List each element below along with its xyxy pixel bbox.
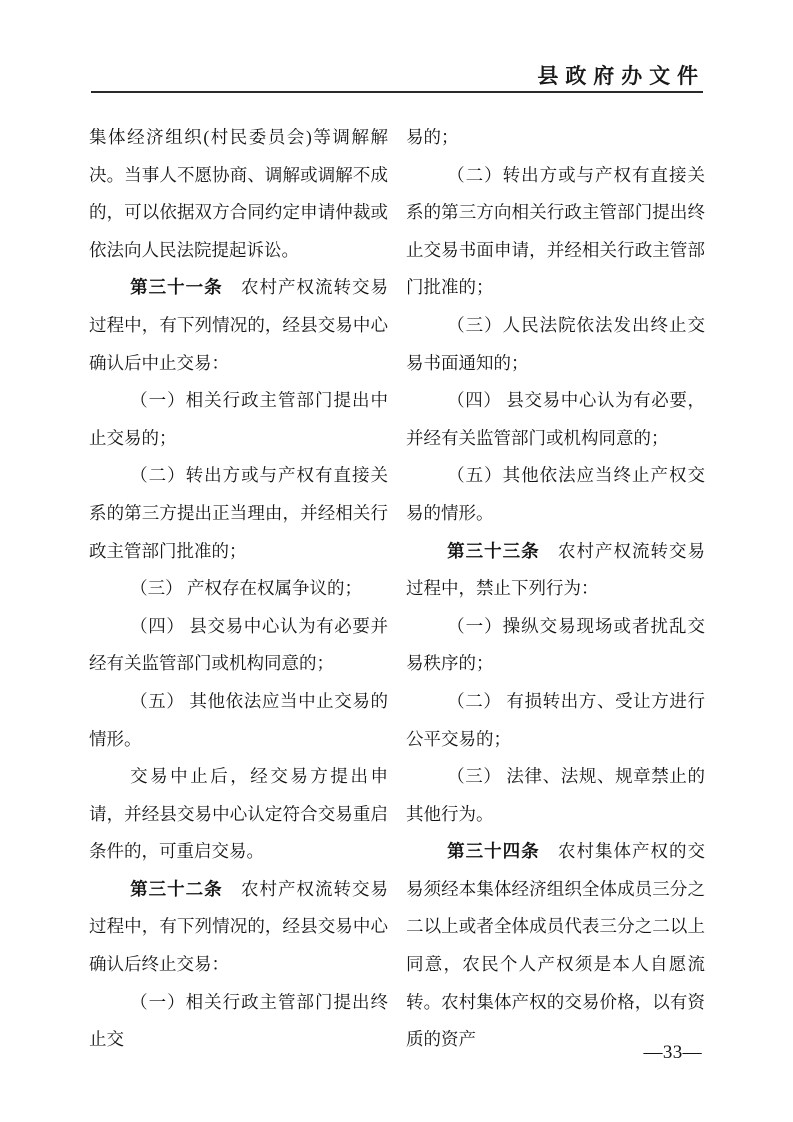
article-33-paragraph: 第三十三条农村产权流转交易过程中，禁止下列行为： bbox=[406, 533, 705, 608]
article-31-paragraph: 第三十一条农村产权流转交易过程中，有下列情况的，经县交易中心确认后中止交易： bbox=[89, 269, 388, 382]
list-item: （五）其他依法应当终止产权交易的情形。 bbox=[406, 457, 705, 532]
list-item: （二）转出方或与产权有直接关系的第三方向相关行政主管部门提出终止交易书面申请，并… bbox=[406, 157, 705, 307]
paragraph-text: 农村集体产权的交易须经本集体经济组织全体成员三分之二以上或者全体成员代表三分之二… bbox=[406, 841, 705, 1049]
article-32-paragraph: 第三十二条农村产权流转交易过程中，有下列情况的，经县交易中心确认后终止交易： bbox=[89, 871, 388, 984]
two-column-body: 集体经济组织(村民委员会)等调解解决。当事人不愿协商、调解或调解不成的，可以依据… bbox=[89, 119, 705, 1059]
list-item: （五） 其他依法应当中止交易的情形。 bbox=[89, 683, 388, 758]
article-number: 第三十四条 bbox=[447, 841, 540, 861]
article-number: 第三十二条 bbox=[130, 879, 223, 899]
paragraph-continuation: 易的； bbox=[406, 119, 705, 157]
list-item: （一）相关行政主管部门提出终止交 bbox=[89, 984, 388, 1059]
list-item: （二）转出方或与产权有直接关系的第三方提出正当理由，并经相关行政主管部门批准的； bbox=[89, 457, 388, 570]
page-header-title: 县政府办文件 bbox=[537, 60, 705, 90]
list-item: （四） 县交易中心认为有必要并经有关监管部门或机构同意的； bbox=[89, 608, 388, 683]
page-number: —33— bbox=[643, 1042, 702, 1064]
list-item: （三）人民法院依法发出终止交易书面通知的； bbox=[406, 307, 705, 382]
paragraph-continuation: 集体经济组织(村民委员会)等调解解决。当事人不愿协商、调解或调解不成的，可以依据… bbox=[89, 119, 388, 269]
header-rule bbox=[91, 91, 703, 93]
list-item: （三） 产权存在权属争议的； bbox=[89, 570, 388, 608]
list-item: （二） 有损转出方、受让方进行公平交易的； bbox=[406, 683, 705, 758]
paragraph: 交易中止后，经交易方提出申请，并经县交易中心认定符合交易重启条件的，可重启交易。 bbox=[89, 758, 388, 871]
list-item: （四） 县交易中心认为有必要，并经有关监管部门或机构同意的； bbox=[406, 382, 705, 457]
right-column: 易的； （二）转出方或与产权有直接关系的第三方向相关行政主管部门提出终止交易书面… bbox=[406, 119, 705, 1059]
article-number: 第三十三条 bbox=[447, 541, 540, 561]
list-item: （一）相关行政主管部门提出中止交易的； bbox=[89, 382, 388, 457]
article-34-paragraph: 第三十四条农村集体产权的交易须经本集体经济组织全体成员三分之二以上或者全体成员代… bbox=[406, 833, 705, 1059]
article-number: 第三十一条 bbox=[130, 277, 223, 297]
list-item: （三） 法律、法规、规章禁止的其他行为。 bbox=[406, 758, 705, 833]
document-page: 县政府办文件 集体经济组织(村民委员会)等调解解决。当事人不愿协商、调解或调解不… bbox=[0, 0, 793, 1122]
list-item: （一）操纵交易现场或者扰乱交易秩序的； bbox=[406, 608, 705, 683]
left-column: 集体经济组织(村民委员会)等调解解决。当事人不愿协商、调解或调解不成的，可以依据… bbox=[89, 119, 388, 1059]
